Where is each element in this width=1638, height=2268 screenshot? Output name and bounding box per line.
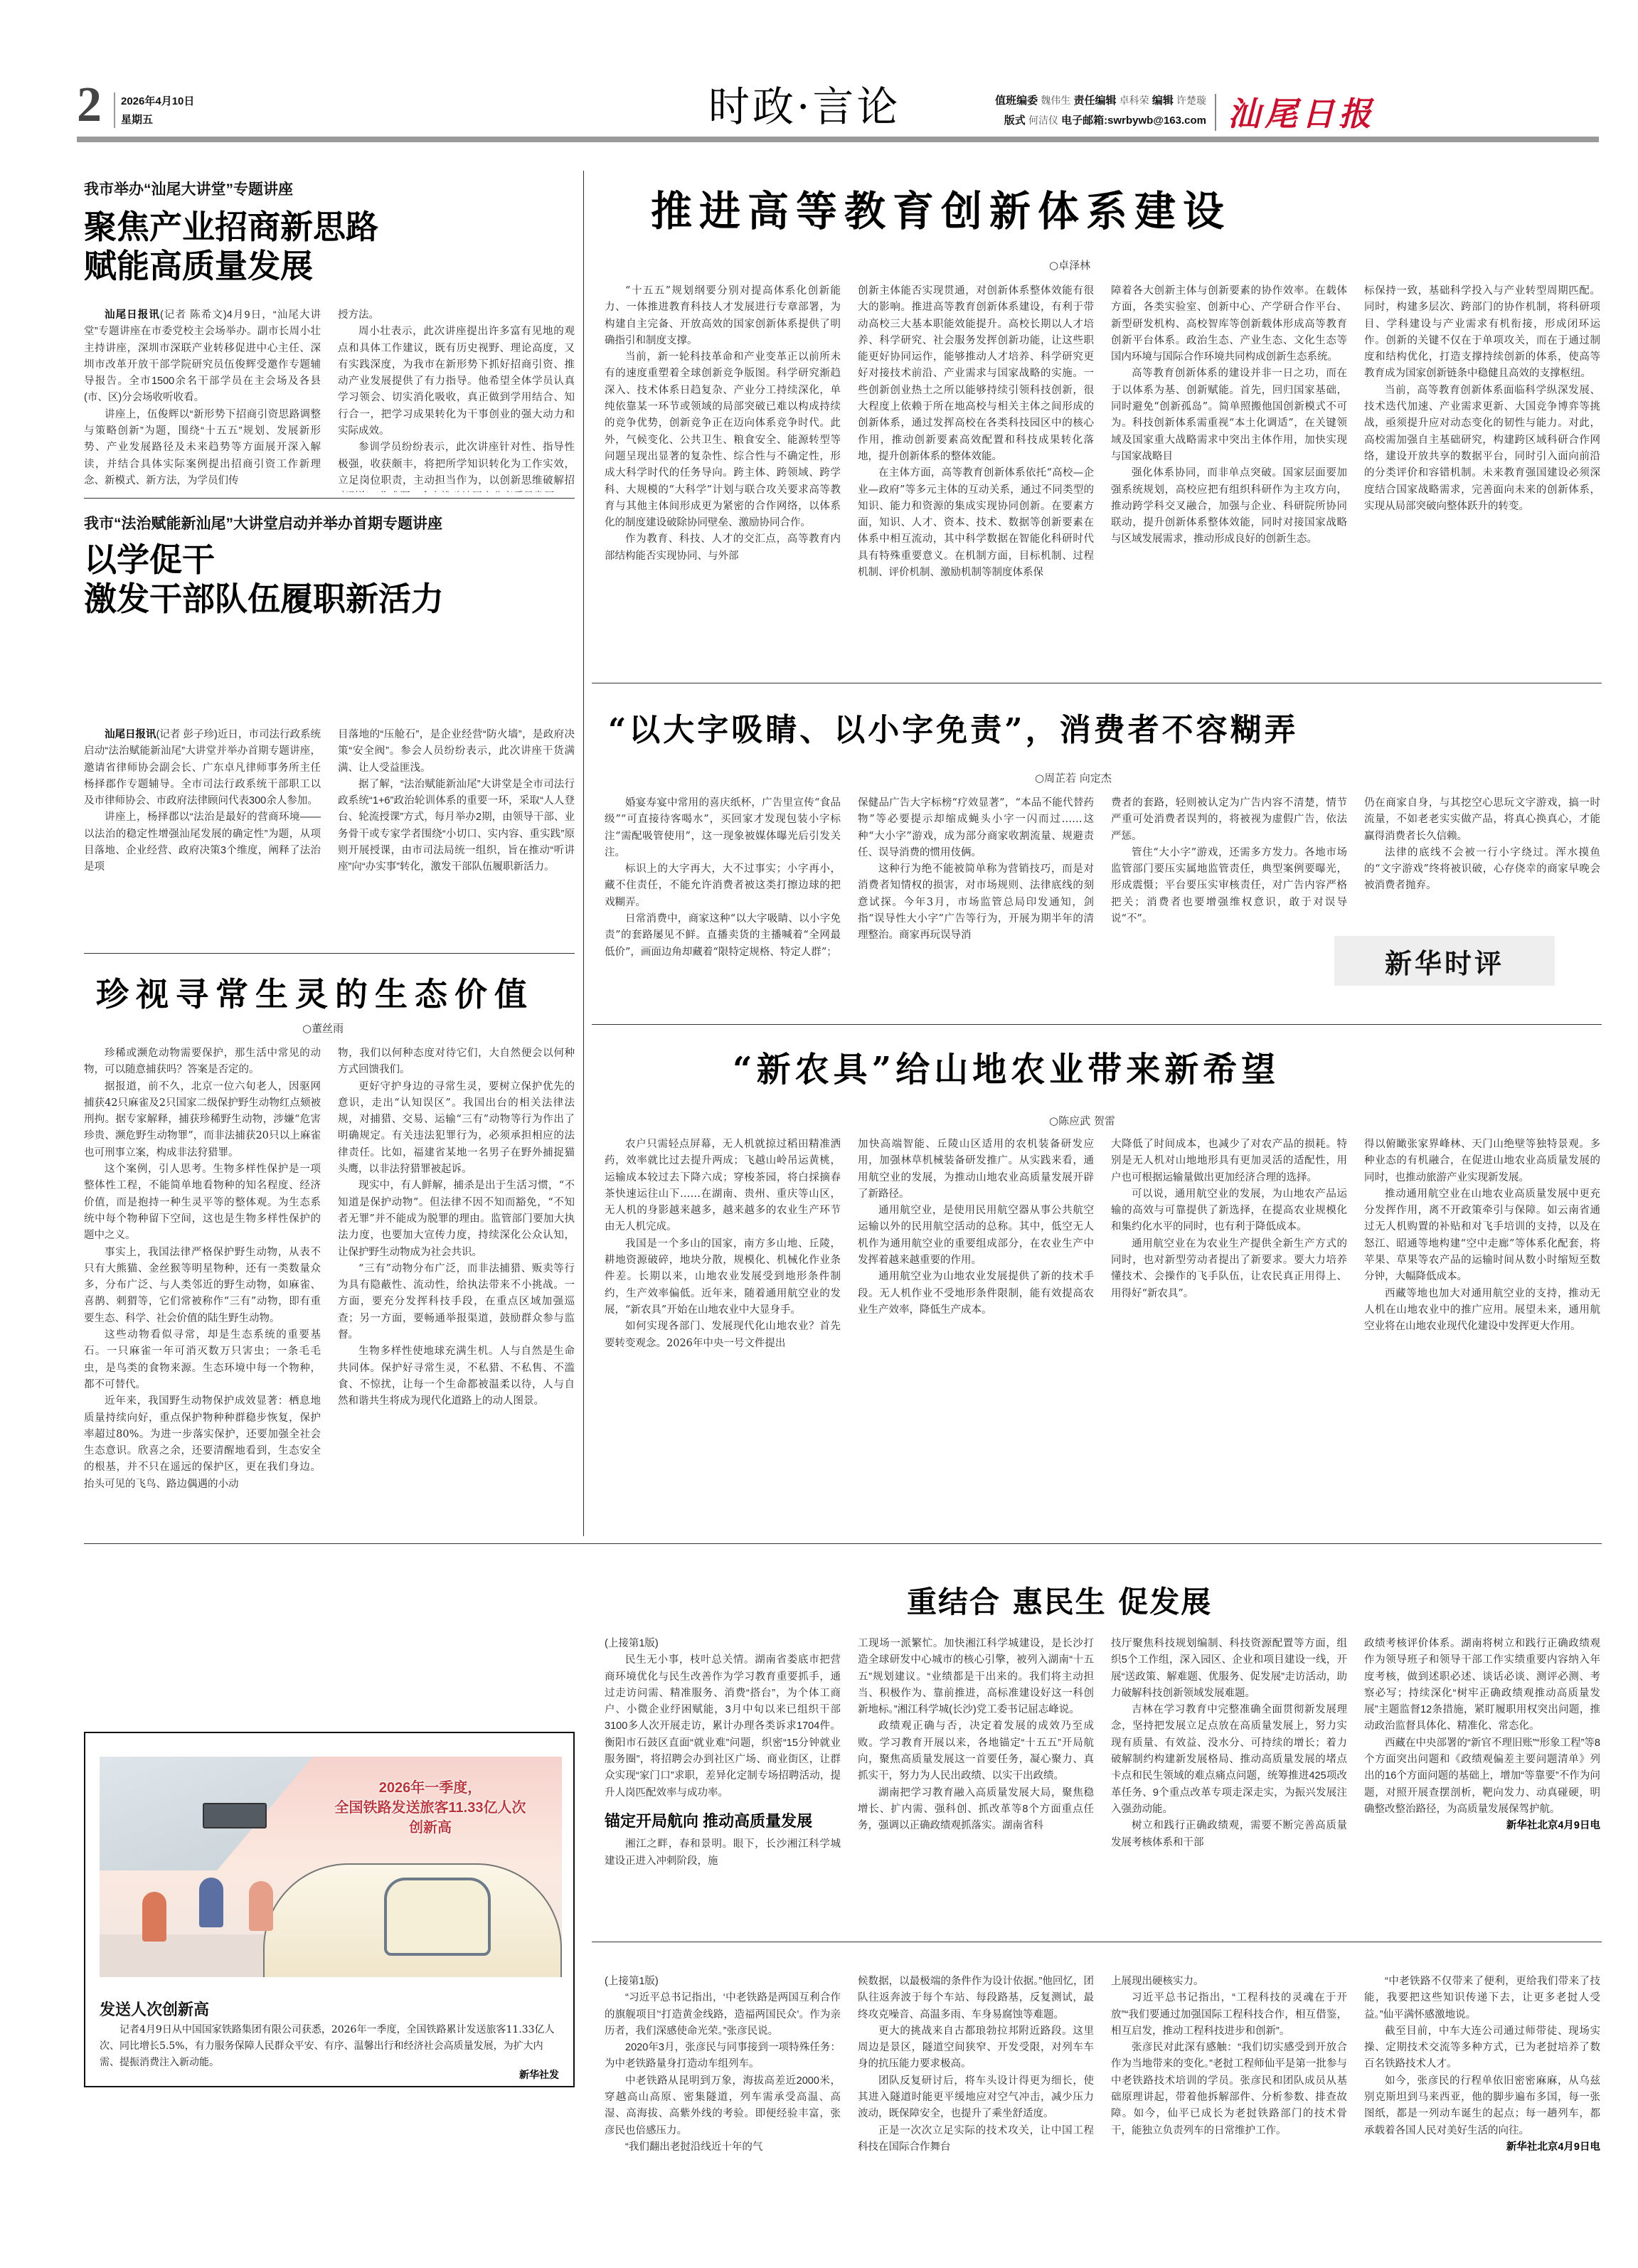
paragraph: 标识上的大字再大，大不过事实；小字再小，藏不住责任，不能允许消费者被这类打擦边球… <box>605 861 841 911</box>
paragraph: 障着各大创新主体与创新要素的协作效率。在载体方面，各类实验室、创新中心、产学研合… <box>1111 283 1347 366</box>
lead-label: 汕尾日报讯 <box>105 729 156 740</box>
article7-body: (上接第1版) 民生无小事，枝叶总关情。湖南省娄底市把营商环境优化与民生改善作为… <box>605 1636 1600 1934</box>
passenger-figure <box>249 1881 273 1931</box>
illustration-title: 发送人次创新高 <box>100 1998 209 2020</box>
paragraph: 在主体方面，高等教育创新体系依托“高校—企业—政府”等多元主体的互动关系，通过不… <box>858 465 1094 581</box>
text-column: 技厅聚焦科技规划编制、科技资源配置等方面，组织5个工作组，深入园区、企业和项目建… <box>1111 1636 1347 1934</box>
horizontal-divider <box>592 1942 1602 1942</box>
paragraph: 农户只需轻点屏幕，无人机就掠过稻田精准洒药，效率就比过去提升两成；飞越山岭吊运黄… <box>605 1136 841 1236</box>
reporter: (记者 陈希文) <box>160 309 227 321</box>
article3-author: ○卓泽林 <box>1049 257 1090 272</box>
paragraph: 物，我们以何种态度对待它们，大自然便会以何种方式回馈我们。 <box>338 1045 575 1079</box>
paragraph: 得以俯瞰张家界峰林、天门山绝壁等独特景观。多种业态的有机融合，在促进山地农业高质… <box>1364 1136 1600 1186</box>
masthead: 2 2026年4月10日 星期五 时政·言论 值班编委 魏伟生 责任编辑 卓科荣… <box>77 78 1606 142</box>
illustration-box: 2026年一季度， 全国铁路发送旅客11.33亿人次 创新高 发送人次创新高 记… <box>84 1732 575 2087</box>
illustration-credit: 新华社发 <box>519 2067 559 2082</box>
subheading: 锚定开局航向 推动高质量发展 <box>605 1813 841 1829</box>
paragraph: 团队反复研讨后，将车头设计得更为细长，使其进入隧道时能更平缓地应对空气冲击，减少… <box>858 2073 1094 2123</box>
paragraph: 如今，张彦民的行程单依旧密密麻麻，从乌兹别克斯坦到马来西亚，他的脚步遍布多国，每… <box>1364 2073 1600 2139</box>
paragraph: 讲座上，杨择郡以“法治是最好的营商环境——以法治的稳定性增强汕尾发展的确定性”为… <box>84 809 321 875</box>
train-face <box>384 1878 491 1956</box>
chief-editor-label: 责任编辑 <box>1073 95 1116 107</box>
headline-line: 激发干部队伍履职新活力 <box>84 580 444 619</box>
text-column: 得以俯瞰张家界峰林、天门山绝壁等独特景观。多种业态的有机融合，在促进山地农业高质… <box>1364 1136 1600 1535</box>
paragraph: 可以说，通用航空业的发展，为山地农产品运输的高效与可靠提供了新选择，在提高农业规… <box>1111 1186 1347 1236</box>
horizontal-divider <box>592 1024 1602 1025</box>
paragraph: 珍稀或濒危动物需要保护，那生活中常见的动物，可以随意捕获吗？答案是否定的。 <box>84 1045 321 1079</box>
paragraph: “习近平总书记指出，‘中老铁路是两国互利合作的旗舰项目’‘打造黄金线路，造福两国… <box>605 1990 841 2040</box>
editor: 许楚璇 <box>1176 95 1206 107</box>
duty-editor: 魏伟生 <box>1041 95 1070 107</box>
paragraph: 高等教育创新体系的建设并非一日之功，而在于以体系为基、创新赋能。首先，回归国家基… <box>1111 366 1347 465</box>
paragraph: “十五五”规划纲要分别对提高体系化创新能力、一体推进教育科技人才发展进行专章部署… <box>605 283 841 349</box>
paragraph: 截至目前，中车大连公司通过师带徒、现场实操、定期技术交流等多种方式，已为老挝培养… <box>1364 2023 1600 2073</box>
paragraph: 西藏在中央部署的“新官不理旧账”“形象工程”等8个方面突出问题和《政绩观偏差主要… <box>1364 1735 1600 1818</box>
headline-line: 聚焦产业招商新思路 <box>84 208 378 247</box>
duty-editor-label: 值班编委 <box>995 95 1038 107</box>
article1-kicker: 我市举办“汕尾大讲堂”专题讲座 <box>84 178 293 199</box>
article2-body: 汕尾日报讯(记者 彭子珍)近日，市司法行政系统启动“法治赋能新汕尾”大讲堂并举办… <box>84 727 575 947</box>
article4-headline: “以大字吸睛、以小字免责”，消费者不容糊弄 <box>608 704 1299 750</box>
text-column: 标保持一致，基础科学投入与产业转型周期匹配。同时，构建多层次、跨部门的协作机制，… <box>1364 283 1600 678</box>
issue-weekday: 星期五 <box>121 111 194 129</box>
paragraph: “中老铁路不仅带来了便利，更给我们带来了技能，我要把这些知识传递下去，让更多老挝… <box>1364 1974 1600 2023</box>
article6-body: 农户只需轻点屏幕，无人机就掠过稻田精准洒药，效率就比过去提升两成；飞越山岭吊运黄… <box>605 1136 1600 1535</box>
passenger-figure <box>142 1892 166 1942</box>
paragraph: 4月9日，“汕尾大讲堂”专题讲座在市委党校主会场举办。副市长周小壮主持讲座，深圳… <box>84 309 321 403</box>
reporter: (记者 彭子珍) <box>156 729 218 740</box>
paragraph: 据了解，“法治赋能新汕尾”大讲堂是全市司法行政系统“1+6”政治轮训体系的重要一… <box>338 777 575 876</box>
text-column: (上接第1版) 民生无小事，枝叶总关情。湖南省娄底市把营商环境优化与民生改善作为… <box>605 1636 841 1934</box>
paragraph: 通用航空业为山地农业发展提供了新的技术手段。无人机作业不受地形条件限制，能有效提… <box>858 1269 1094 1319</box>
text-column: “中老铁路不仅带来了便利，更给我们带来了技能，我要把这些知识传递下去，让更多老挝… <box>1364 1974 1600 2258</box>
column-tag-xinhua-commentary: 新华时评 <box>1334 936 1555 986</box>
paragraph: 当前，新一轮科技革命和产业变革正以前所未有的速度重塑着全球创新竞争版图。科学研究… <box>605 349 841 531</box>
text-column: 加快高端智能、丘陵山区适用的农机装备研发应用，加强林草机械装备研发推广。从实践来… <box>858 1136 1094 1535</box>
email-label: 电子邮箱: <box>1061 115 1107 127</box>
paragraph: 事实上，我国法律严格保护野生动物，从表不只有大熊猫、金丝猴等明星物种，还有一类数… <box>84 1245 321 1327</box>
page-number: 2 <box>77 84 102 127</box>
text-column: 汕尾日报讯(记者 陈希文)4月9日，“汕尾大讲堂”专题讲座在市委党校主会场举办。… <box>84 307 321 492</box>
text-column: 创新主体能否实现贯通，对创新体系整体效能有很大的影响。推进高等教育创新体系建设，… <box>858 283 1094 678</box>
text-column: 障着各大创新主体与创新要素的协作效率。在载体方面，各类实验室、创新中心、产学研合… <box>1111 283 1347 678</box>
masthead-rule <box>77 137 1599 142</box>
paragraph: 上展现出硬核实力。 <box>1111 1974 1347 1990</box>
issue-date: 2026年4月10日 <box>121 92 194 111</box>
newspaper-logo: 汕尾日报 <box>1228 88 1376 135</box>
layout-label: 版式 <box>1004 115 1026 127</box>
article7-headline: 重结合 惠民生 促发展 <box>907 1585 1212 1620</box>
continued-note: (上接第1版) <box>605 1636 841 1652</box>
text-column: 上展现出硬核实力。 习近平总书记指出，“工程科技的灵魂在于开放”“我们要通过加强… <box>1111 1974 1347 2258</box>
paragraph: 加快高端智能、丘陵山区适用的农机装备研发应用，加强林草机械装备研发推广。从实践来… <box>858 1136 1094 1203</box>
article1-headline: 聚焦产业招商新思路 赋能高质量发展 <box>84 208 378 286</box>
section-title: 时政·言论 <box>708 78 900 135</box>
text-column: (上接第1版) “习近平总书记指出，‘中老铁路是两国互利合作的旗舰项目’‘打造黄… <box>605 1974 841 2258</box>
paragraph: 标保持一致，基础科学投入与产业转型周期匹配。同时，构建多层次、跨部门的协作机制，… <box>1364 283 1600 383</box>
paragraph: 政绩观正确与否，决定着发展的成效乃至成败。学习教育开展以来，各地锚定“十五五”开… <box>858 1718 1094 1784</box>
column-divider <box>583 171 584 1536</box>
dateline: 新华社北京4月9日电 <box>1364 1818 1600 1834</box>
railway-cartoon: 2026年一季度， 全国铁路发送旅客11.33亿人次 创新高 <box>100 1757 562 1977</box>
paragraph: 日常消费中，商家这种“以大字吸睛、以小字免责”的套路屡见不鲜。直播卖货的主播喊着… <box>605 911 841 961</box>
paragraph: 据报道，前不久，北京一位六旬老人，因驱网捕获42只麻雀及2只国家二级保护野生动物… <box>84 1079 321 1161</box>
paragraph: 吉林在学习教育中完整准确全面贯彻新发展理念，坚持把发展立足点放在高质量发展上，努… <box>1111 1702 1347 1818</box>
article8-body: (上接第1版) “习近平总书记指出，‘中老铁路是两国互利合作的旗舰项目’‘打造黄… <box>605 1974 1600 2258</box>
paragraph: 授方法。 <box>338 307 575 324</box>
text-column: 仍在商家自身，与其挖空心思玩文字游戏，搞一时流量，不如老老实实做产品，将真心换真… <box>1364 795 1600 923</box>
text-column: 珍稀或濒危动物需要保护，那生活中常见的动物，可以随意捕获吗？答案是否定的。 据报… <box>84 1045 321 1536</box>
paragraph: 通用航空业，是使用民用航空器从事公共航空运输以外的民用航空活动的总称。其中，低空… <box>858 1203 1094 1269</box>
paragraph: 生物多样性使地球充满生机。人与自然是生命共同体。保护好寻常生灵，不私猎、不私售、… <box>338 1343 575 1410</box>
station-sign <box>203 1803 267 1828</box>
paragraph: 仍在商家自身，与其挖空心思玩文字游戏，搞一时流量，不如老老实实做产品，将真心换真… <box>1364 795 1600 845</box>
text-column: 大降低了时间成本，也减少了对农产品的损耗。特别是无人机对山地地形具有更加灵活的适… <box>1111 1136 1347 1535</box>
paragraph: 这种行为绝不能被简单称为营销技巧，而是对消费者知情权的损害，对市场规则、法律底线… <box>858 861 1094 944</box>
article6-author: ○陈应武 贺雷 <box>1049 1113 1115 1128</box>
paragraph: “我们翻出老挝沿线近十年的气 <box>605 2139 841 2156</box>
horizontal-divider <box>84 498 575 499</box>
illustration-text: 记者4月9日从中国国家铁路集团有限公司获悉，2026年一季度，全国铁路累计发送旅… <box>100 2022 562 2071</box>
text-column: 农户只需轻点屏幕，无人机就掠过稻田精准洒药，效率就比过去提升两成；飞越山岭吊运黄… <box>605 1136 841 1535</box>
email-address[interactable]: swrbywb@163.com <box>1107 115 1206 127</box>
article6-headline: “新农具”给山地农业带来新希望 <box>733 1042 1280 1091</box>
paragraph: 近年来，我国野生动物保护成效显著：栖息地质量持续向好，重点保护物种种群稳步恢复，… <box>84 1393 321 1493</box>
paragraph: 通用航空业在为农业生产提供全新生产方式的同时，也对新型劳动者提出了新要求。要大力… <box>1111 1236 1347 1302</box>
article5-headline: 珍视寻常生灵的生态价值 <box>96 969 534 1016</box>
paragraph: 中老铁路从昆明到万象，海拔高差近2000米，穿越高山高原、密集隧道，列车需承受高… <box>605 2073 841 2139</box>
lead-label: 汕尾日报讯 <box>105 309 160 321</box>
paragraph: 政绩考核评价体系。湖南将树立和践行正确政绩观作为领导班子和领导干部工作实绩重要内… <box>1364 1636 1600 1735</box>
horizontal-divider <box>84 1543 1602 1544</box>
divider <box>1215 94 1216 131</box>
text-column: 目落地的“压舱石”，是企业经营“防火墙”，是政府决策“安全阀”。参会人员纷纷表示… <box>338 727 575 947</box>
article3-headline: 推进高等教育创新体系建设 <box>651 178 1231 238</box>
paragraph: 这个案例，引人思考。生物多样性保护是一项整体性工程，不能简单地看物种的知名程度、… <box>84 1161 321 1244</box>
paragraph: 更好守护身边的寻常生灵，要树立保护优先的意识，走出“认知误区”。我国出台的相关法… <box>338 1079 575 1178</box>
text-column: “十五五”规划纲要分别对提高体系化创新能力、一体推进教育科技人才发展进行专章部署… <box>605 283 841 678</box>
article3-body: “十五五”规划纲要分别对提高体系化创新能力、一体推进教育科技人才发展进行专章部署… <box>605 283 1600 678</box>
paragraph: 民生无小事，枝叶总关情。湖南省娄底市把营商环境优化与民生改善作为学习教育重要抓手… <box>605 1652 841 1801</box>
paragraph: 法律的底线不会被一行小字绕过。浑水摸鱼的“文字游戏”终将被识破，心存侥幸的商家早… <box>1364 845 1600 895</box>
paragraph: 正是一次次立足实际的技术攻关，让中国工程科技在国际合作舞台 <box>858 2123 1094 2156</box>
paragraph: 大降低了时间成本，也减少了对农产品的损耗。特别是无人机对山地地形具有更加灵活的适… <box>1111 1136 1347 1186</box>
paragraph: 目落地的“压舱石”，是企业经营“防火墙”，是政府决策“安全阀”。参会人员纷纷表示… <box>338 727 575 777</box>
chief-editor: 卓科荣 <box>1120 95 1149 107</box>
divider <box>114 92 115 128</box>
paragraph: 湖南把学习教育融入高质量发展大局，聚焦稳增长、扩内需、强科创、抓改革等8个方面重… <box>858 1785 1094 1835</box>
paragraph: 婚宴寿宴中常用的喜庆纸杯，广告里宣传“食品级”“可直接待客喝水”，买回家才发现包… <box>605 795 841 861</box>
paragraph: 管住“大小字”游戏，还需多方发力。各地市场监管部门要压实属地监管责任，典型案例要… <box>1111 845 1347 927</box>
paragraph: 如何实现各部门、发展现代化山地农业？首先要转变观念。2026年中央一号文件提出 <box>605 1319 841 1352</box>
paragraph: 现实中，有人鲜解，捕杀是出于生活习惯，“不知道是保护动物”。但法律不因不知而豁免… <box>338 1178 575 1260</box>
paragraph: 候数据，以最极端的条件作为设计依据。”他回忆，团队往返奔波于每个车站、每段路基，… <box>858 1974 1094 2023</box>
editor-label: 编辑 <box>1152 95 1174 107</box>
paragraph: 强化体系协同，而非单点突破。国家层面要加强系统规划，高校应把有组织科研作为主攻方… <box>1111 465 1347 548</box>
text-column: 候数据，以最极端的条件作为设计依据。”他回忆，团队往返奔波于每个车站、每段路基，… <box>858 1974 1094 2258</box>
passenger-figure <box>199 1878 223 1927</box>
paragraph: 参训学员纷纷表示，此次讲座针对性、指导性极强，收获颇丰，将把所学知识转化为工作实… <box>338 440 575 492</box>
text-column: 授方法。 周小壮表示，此次讲座提出许多富有见地的观点和具体工作建议，既有历史视野… <box>338 307 575 492</box>
text-column: 保健品广告大字标榜“疗效显著”，“本品不能代替药物”等必要提示却缩成蝇头小字一闪… <box>858 795 1094 1019</box>
caption-line: 创新高 <box>313 1818 548 1838</box>
editor-credits: 值班编委 魏伟生 责任编辑 卓科荣 编辑 许楚璇 版式 何洁仪 电子邮箱:swr… <box>936 91 1206 131</box>
paragraph: 我国是一个多山的国家，南方多山地、丘陵，耕地资源破碎，地块分散，规模化、机械化作… <box>605 1236 841 1319</box>
paragraph: 近日，市司法行政系统启动“法治赋能新汕尾”大讲堂并举办首期专题讲座，邀请省律师协… <box>84 729 321 806</box>
headline-line: 赋能高质量发展 <box>84 247 378 286</box>
headline-line: 以学促干 <box>84 541 444 580</box>
dateline: 新华社北京4月9日电 <box>1364 2139 1600 2156</box>
paragraph: 讲座上，伍俊辉以“新形势下招商引资思路调整与策略创新”为题，围绕“十五五”规划、… <box>84 407 321 489</box>
article2-headline: 以学促干 激发干部队伍履职新活力 <box>84 541 444 619</box>
article1-body: 汕尾日报讯(记者 陈希文)4月9日，“汕尾大讲堂”专题讲座在市委党校主会场举办。… <box>84 307 575 492</box>
paragraph: 作为教育、科技、人才的交汇点，高等教育内部结构能否实现协同、与外部 <box>605 531 841 565</box>
article5-author: ○董丝雨 <box>302 1021 344 1035</box>
paragraph: 保健品广告大字标榜“疗效显著”，“本品不能代替药物”等必要提示却缩成蝇头小字一闪… <box>858 795 1094 861</box>
horizontal-divider <box>592 683 1602 683</box>
caption-line: 全国铁路发送旅客11.33亿人次 <box>313 1798 548 1818</box>
paragraph: 推动通用航空业在山地农业高质量发展中更充分发挥作用，离不开政策牵引与保障。如云南… <box>1364 1186 1600 1286</box>
cartoon-caption: 2026年一季度， 全国铁路发送旅客11.33亿人次 创新高 <box>313 1778 548 1838</box>
paragraph: 工现场一派繁忙。加快湘江科学城建设，是长沙打造全球研发中心城市的核心引擎，被列入… <box>858 1636 1094 1718</box>
paragraph: 张彦民对此深有感触：“我们切实感受到开放合作为当地带来的变化。”老挝工程师仙平是… <box>1111 2040 1347 2139</box>
paragraph: 技厅聚焦科技规划编制、科技资源配置等方面，组织5个工作组，深入园区、企业和项目建… <box>1111 1636 1347 1702</box>
date-block: 2026年4月10日 星期五 <box>121 92 194 129</box>
article4-author: ○周芷若 向定杰 <box>1035 770 1112 785</box>
paragraph: 这些动物看似寻常，却是生态系统的重要基石。一只麻雀一年可消灭数万只害虫；一条毛毛… <box>84 1327 321 1393</box>
paragraph: 当前，高等教育创新体系面临科学纵深发展、技术迭代加速、产业需求更新、大国竞争博弈… <box>1364 383 1600 515</box>
paragraph: 西藏等地也加大对通用航空业的支持，推动无人机在山地农业中的推广应用。展望未来，通… <box>1364 1286 1600 1336</box>
paragraph: 周小壮表示，此次讲座提出许多富有见地的观点和具体工作建议，既有历史视野、理论高度… <box>338 324 575 440</box>
horizontal-divider <box>84 953 575 954</box>
article2-kicker: 我市“法治赋能新汕尾”大讲堂启动并举办首期专题讲座 <box>84 512 442 533</box>
continued-note: (上接第1版) <box>605 1974 841 1990</box>
text-column: 工现场一派繁忙。加快湘江科学城建设，是长沙打造全球研发中心城市的核心引擎，被列入… <box>858 1636 1094 1934</box>
text-column: 汕尾日报讯(记者 彭子珍)近日，市司法行政系统启动“法治赋能新汕尾”大讲堂并举办… <box>84 727 321 947</box>
caption-line: 2026年一季度， <box>313 1778 548 1798</box>
text-column: 婚宴寿宴中常用的喜庆纸杯，广告里宣传“食品级”“可直接待客喝水”，买回家才发现包… <box>605 795 841 1019</box>
paragraph: 费者的套路，轻则被认定为广告内容不清楚，情节严重可处消费者误判的，将被视为虚假广… <box>1111 795 1347 845</box>
paragraph: 创新主体能否实现贯通，对创新体系整体效能有很大的影响。推进高等教育创新体系建设，… <box>858 283 1094 465</box>
paragraph: 湘江之畔，春和景明。眼下，长沙湘江科学城建设正进入冲刺阶段，施 <box>605 1836 841 1870</box>
text-column: 费者的套路，轻则被认定为广告内容不清楚，情节严重可处消费者误判的，将被视为虚假广… <box>1111 795 1347 1019</box>
article5-body: 珍稀或濒危动物需要保护，那生活中常见的动物，可以随意捕获吗？答案是否定的。 据报… <box>84 1045 575 1536</box>
layout-editor: 何洁仪 <box>1028 115 1058 127</box>
text-column: 物，我们以何种态度对待它们，大自然便会以何种方式回馈我们。 更好守护身边的寻常生… <box>338 1045 575 1536</box>
paragraph: “三有”动物分布广泛，而非法捕猎、贩卖等行为具有隐蔽性、流动性，给执法带来不小挑… <box>338 1261 575 1343</box>
paragraph: 更大的挑战来自古都琅勃拉邦附近路段。这里周边是景区，隧道空间狭窄、开发受限，对列… <box>858 2023 1094 2073</box>
paragraph: 树立和践行正确政绩观，需要不断完善高质量发展考核体系和干部 <box>1111 1818 1347 1851</box>
paragraph: 习近平总书记指出，“工程科技的灵魂在于开放”“我们要通过加强国际工程科技合作，相… <box>1111 1990 1347 2040</box>
text-column: 政绩考核评价体系。湖南将树立和践行正确政绩观作为领导班子和领导干部工作实绩重要内… <box>1364 1636 1600 1934</box>
paragraph: 2020年3月，张彦民与同事接到一项特殊任务：为中老铁路量身打造动车组列车。 <box>605 2040 841 2073</box>
